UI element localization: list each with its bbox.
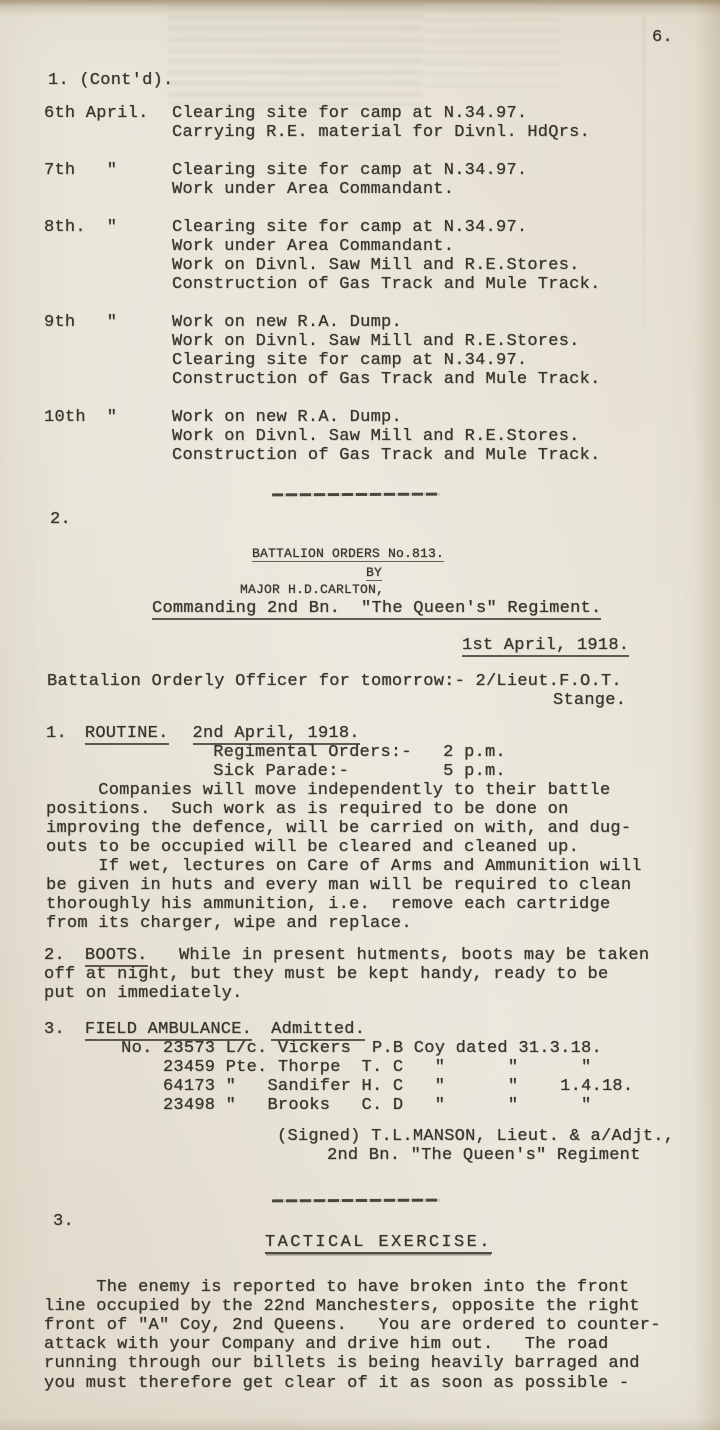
tactical-title: TACTICAL EXERCISE. xyxy=(265,1233,492,1252)
section-divider xyxy=(272,493,440,497)
ambulance-row: 64173 " Sandifer H. C " " 1.4.18. xyxy=(48,1077,633,1096)
orders-by: BY xyxy=(366,565,382,580)
boots-paragraph: off at night, but they must be kept hand… xyxy=(44,965,608,1003)
diary-entry-work: Clearing site for camp at N.34.97. Work … xyxy=(172,161,527,199)
diary-entry-date: 7th " xyxy=(44,161,172,199)
orders-commanding: Commanding 2nd Bn. "The Queen's" Regimen… xyxy=(152,599,601,618)
orderly-officer-line: Battalion Orderly Officer for tomorrow:-… xyxy=(47,672,622,691)
routine-number: 1. xyxy=(46,724,67,743)
boots-number: 2. xyxy=(44,946,65,965)
boots-heading-line: 2.BOOTS. While in present hutments, boot… xyxy=(44,946,649,965)
routine-paragraph-2: If wet, lectures on Care of Arms and Amm… xyxy=(46,857,642,933)
ambulance-subtitle: Admitted. xyxy=(271,1020,365,1041)
paper-right-edge-shadow xyxy=(694,0,720,1430)
tactical-paragraph: The enemy is reported to have broken int… xyxy=(44,1278,661,1373)
signature-line-1: (Signed) T.L.MANSON, Lieut. & a/Adjt., xyxy=(277,1127,674,1146)
ambulance-row: No. 23573 L/c. Vickers P.B Coy dated 31.… xyxy=(48,1039,633,1058)
boots-title: BOOTS. xyxy=(85,946,148,967)
routine-date: 2nd April, 1918. xyxy=(193,724,360,745)
diary-entry-work: Work on new R.A. Dump. Work on Divnl. Sa… xyxy=(172,313,601,389)
diary-entry: 10th " Work on new R.A. Dump. Work on Di… xyxy=(44,408,601,465)
routine-heading: 1.ROUTINE.2nd April, 1918. xyxy=(46,724,360,743)
routine-paragraph-1: Companies will move independently to the… xyxy=(46,781,631,857)
orders-title-text: BATTALION ORDERS No.813. xyxy=(252,546,444,562)
ambulance-row: 23459 Pte. Thorpe T. C " " " xyxy=(48,1058,633,1077)
orders-officer: MAJOR H.D.CARLTON, xyxy=(240,582,384,597)
work-diary-entries: 6th April. Clearing site for camp at N.3… xyxy=(44,104,601,484)
tactical-section-number: 3. xyxy=(53,1212,74,1231)
ambulance-admitted-list: No. 23573 L/c. Vickers P.B Coy dated 31.… xyxy=(48,1039,633,1115)
signature-line-2: 2nd Bn. "The Queen's" Regiment xyxy=(327,1146,641,1165)
ambulance-row: 23498 " Brooks C. D " " " xyxy=(48,1096,633,1115)
diary-entry: 8th. " Clearing site for camp at N.34.97… xyxy=(44,218,601,294)
orders-date-text: 1st April, 1918. xyxy=(462,636,629,657)
ink-bleed-through xyxy=(168,4,423,106)
orderly-officer-name: Stange. xyxy=(553,691,626,710)
orders-section-number: 2. xyxy=(50,510,71,529)
orders-by-text: BY xyxy=(366,565,382,581)
routine-title: ROUTINE. xyxy=(85,724,169,745)
orders-date: 1st April, 1918. xyxy=(462,636,629,655)
page-number: 6. xyxy=(652,28,673,47)
diary-entry-date: 9th " xyxy=(44,313,172,389)
orders-title: BATTALION ORDERS No.813. xyxy=(252,546,444,561)
routine-schedule: Regimental Orders:- 2 p.m. Sick Parade:-… xyxy=(46,743,506,781)
section-divider xyxy=(272,1199,440,1203)
boots-lead-text: While in present hutments, boots may be … xyxy=(148,946,650,965)
diary-entry-work: Work on new R.A. Dump. Work on Divnl. Sa… xyxy=(172,408,601,465)
diary-entry: 7th " Clearing site for camp at N.34.97.… xyxy=(44,161,601,199)
ambulance-number: 3. xyxy=(44,1020,65,1039)
diary-entry: 6th April. Clearing site for camp at N.3… xyxy=(44,104,601,142)
diary-entry-date: 6th April. xyxy=(44,104,172,142)
orders-commanding-text: Commanding 2nd Bn. "The Queen's" Regimen… xyxy=(152,599,601,620)
tactical-title-text: TACTICAL EXERCISE. xyxy=(265,1233,492,1254)
ambulance-title: FIELD AMBULANCE. xyxy=(85,1020,252,1041)
diary-entry-date: 8th. " xyxy=(44,218,172,294)
cont-section-heading: 1. (Cont'd). xyxy=(48,71,173,90)
ink-bleed-through xyxy=(425,6,560,94)
paper-crease xyxy=(643,18,645,328)
diary-entry-work: Clearing site for camp at N.34.97. Work … xyxy=(172,218,601,294)
diary-entry-date: 10th " xyxy=(44,408,172,465)
diary-entry-work: Clearing site for camp at N.34.97. Carry… xyxy=(172,104,590,142)
document-page: 6. 1. (Cont'd). 6th April. Clearing site… xyxy=(0,0,720,1430)
paper-bottom-edge-shadow xyxy=(0,1418,720,1430)
tactical-last-line: you must therefore get clear of it as so… xyxy=(44,1374,629,1393)
diary-entry: 9th " Work on new R.A. Dump. Work on Div… xyxy=(44,313,601,389)
ambulance-heading: 3.FIELD AMBULANCE.Admitted. xyxy=(44,1020,365,1039)
